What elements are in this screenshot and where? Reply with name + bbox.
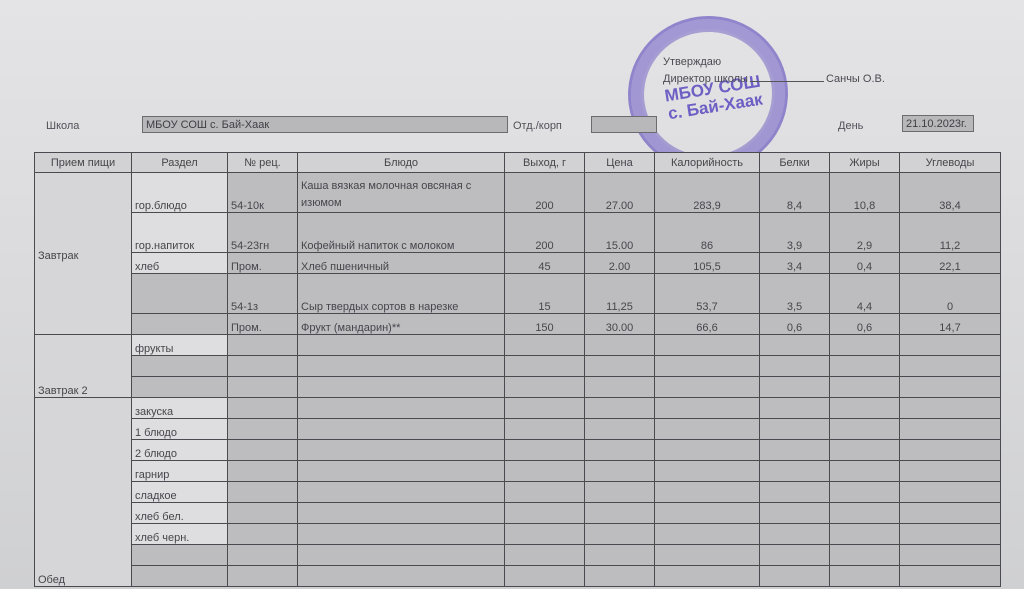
section-cell[interactable]: закуска [132,398,228,419]
protein-cell[interactable] [760,524,830,545]
recipe-cell[interactable] [228,566,298,587]
carbs-cell[interactable] [900,461,1001,482]
protein-cell[interactable]: 3,5 [760,274,830,314]
yield-cell[interactable]: 200 [505,173,585,213]
yield-cell[interactable] [505,524,585,545]
recipe-cell[interactable]: Пром. [228,253,298,274]
signature-line [750,71,824,82]
recipe-cell[interactable] [228,482,298,503]
protein-cell[interactable] [760,545,830,566]
column-header: Блюдо [298,153,505,173]
carbs-cell[interactable] [900,566,1001,587]
fat-cell[interactable] [830,545,900,566]
recipe-cell[interactable] [228,440,298,461]
fat-cell[interactable]: 4,4 [830,274,900,314]
column-header: Прием пищи [35,153,132,173]
protein-cell[interactable] [760,482,830,503]
dept-label: Отд./корп [513,120,562,132]
calories-cell[interactable] [655,461,760,482]
fat-cell[interactable]: 2,9 [830,213,900,253]
calories-cell[interactable]: 105,5 [655,253,760,274]
yield-cell[interactable]: 200 [505,213,585,253]
yield-cell[interactable] [505,377,585,398]
table-row: сладкое [35,482,1001,503]
dish-cell[interactable] [298,545,505,566]
calories-cell[interactable] [655,482,760,503]
recipe-cell[interactable]: 54-10к [228,173,298,213]
carbs-cell[interactable]: 38,4 [900,173,1001,213]
carbs-cell[interactable] [900,482,1001,503]
approval-block: Утверждаю Директор школыСанчы О.В. [663,54,885,88]
fat-cell[interactable] [830,398,900,419]
protein-cell[interactable]: 3,9 [760,213,830,253]
column-header: № рец. [228,153,298,173]
protein-cell[interactable]: 0,6 [760,314,830,335]
yield-cell[interactable] [505,398,585,419]
dish-cell[interactable] [298,440,505,461]
director-label: Директор школы [663,73,748,85]
column-header: Раздел [132,153,228,173]
dept-field[interactable] [591,116,657,133]
recipe-cell[interactable] [228,377,298,398]
meal-name: Завтрак 2 [35,335,132,398]
calories-cell[interactable]: 53,7 [655,274,760,314]
recipe-cell[interactable]: 54-1з [228,274,298,314]
section-cell[interactable] [132,356,228,377]
protein-cell[interactable] [760,419,830,440]
recipe-cell[interactable] [228,335,298,356]
carbs-cell[interactable] [900,524,1001,545]
carbs-cell[interactable]: 22,1 [900,253,1001,274]
table-row: 2 блюдо [35,440,1001,461]
section-cell[interactable]: гарнир [132,461,228,482]
price-cell[interactable] [585,461,655,482]
table-row: 54-1зСыр твердых сортов в нарезке1511,25… [35,274,1001,314]
calories-cell[interactable] [655,440,760,461]
yield-cell[interactable] [505,482,585,503]
section-cell[interactable]: хлеб бел. [132,503,228,524]
dish-cell[interactable]: Кофейный напиток с молоком [298,213,505,253]
carbs-cell[interactable] [900,503,1001,524]
calories-cell[interactable] [655,335,760,356]
protein-cell[interactable] [760,503,830,524]
protein-cell[interactable] [760,398,830,419]
price-cell[interactable] [585,335,655,356]
carbs-cell[interactable]: 0 [900,274,1001,314]
price-cell[interactable] [585,356,655,377]
table-row: гор.напиток54-23гнКофейный напиток с мол… [35,213,1001,253]
table-row [35,545,1001,566]
price-cell[interactable] [585,524,655,545]
recipe-cell[interactable]: 54-23гн [228,213,298,253]
column-header: Жиры [830,153,900,173]
section-cell[interactable]: 2 блюдо [132,440,228,461]
table-row: хлебПром.Хлеб пшеничный452.00105,53,40,4… [35,253,1001,274]
price-cell[interactable]: 2.00 [585,253,655,274]
section-cell[interactable] [132,566,228,587]
section-cell[interactable]: гор.напиток [132,213,228,253]
price-cell[interactable] [585,398,655,419]
dish-cell[interactable] [298,377,505,398]
dish-cell[interactable] [298,524,505,545]
yield-cell[interactable] [505,356,585,377]
dish-cell[interactable]: Каша вязкая молочная овсяная с изюмом [298,173,505,213]
fat-cell[interactable]: 10,8 [830,173,900,213]
calories-cell[interactable] [655,566,760,587]
table-row: Завтрак 2фрукты [35,335,1001,356]
recipe-cell[interactable] [228,545,298,566]
calories-cell[interactable] [655,524,760,545]
recipe-cell[interactable] [228,461,298,482]
day-label: День [838,120,863,132]
column-header: Выход, г [505,153,585,173]
fat-cell[interactable]: 0,6 [830,314,900,335]
dish-cell[interactable] [298,503,505,524]
table-header-row: Прием пищиРаздел№ рец.БлюдоВыход, гЦенаК… [35,153,1001,173]
calories-cell[interactable]: 66,6 [655,314,760,335]
fat-cell[interactable] [830,524,900,545]
protein-cell[interactable] [760,377,830,398]
yield-cell[interactable] [505,440,585,461]
dish-cell[interactable] [298,356,505,377]
section-cell[interactable] [132,545,228,566]
column-header: Углеводы [900,153,1001,173]
section-cell[interactable]: хлеб [132,253,228,274]
yield-cell[interactable] [505,566,585,587]
recipe-cell[interactable] [228,524,298,545]
section-cell[interactable]: гор.блюдо [132,173,228,213]
carbs-cell[interactable] [900,398,1001,419]
meal-name: Завтрак [35,173,132,335]
calories-cell[interactable] [655,398,760,419]
price-cell[interactable] [585,419,655,440]
section-cell[interactable]: фрукты [132,335,228,356]
fat-cell[interactable] [830,335,900,356]
table-row: хлеб черн. [35,524,1001,545]
price-cell[interactable] [585,545,655,566]
calories-cell[interactable] [655,377,760,398]
fat-cell[interactable]: 0,4 [830,253,900,274]
fat-cell[interactable] [830,482,900,503]
calories-cell[interactable]: 283,9 [655,173,760,213]
approval-signature-line: Директор школыСанчы О.В. [663,71,885,88]
calories-cell[interactable]: 86 [655,213,760,253]
meal-name: Обед [35,398,132,587]
fat-cell[interactable] [830,377,900,398]
carbs-cell[interactable] [900,356,1001,377]
protein-cell[interactable]: 8,4 [760,173,830,213]
carbs-cell[interactable] [900,440,1001,461]
protein-cell[interactable] [760,440,830,461]
fat-cell[interactable] [830,356,900,377]
carbs-cell[interactable]: 14,7 [900,314,1001,335]
yield-cell[interactable] [505,545,585,566]
section-cell[interactable]: сладкое [132,482,228,503]
yield-cell[interactable] [505,419,585,440]
section-cell[interactable] [132,377,228,398]
protein-cell[interactable] [760,566,830,587]
fat-cell[interactable] [830,461,900,482]
fat-cell[interactable] [830,419,900,440]
section-cell[interactable]: хлеб черн. [132,524,228,545]
table-row: 1 блюдо [35,419,1001,440]
dish-cell[interactable] [298,419,505,440]
dish-cell[interactable]: Сыр твердых сортов в нарезке [298,274,505,314]
table-row [35,356,1001,377]
column-header: Калорийность [655,153,760,173]
column-header: Белки [760,153,830,173]
recipe-cell[interactable] [228,503,298,524]
dish-cell[interactable] [298,461,505,482]
yield-cell[interactable]: 150 [505,314,585,335]
yield-cell[interactable]: 15 [505,274,585,314]
signer-name: Санчы О.В. [826,73,885,85]
table-row [35,377,1001,398]
carbs-cell[interactable] [900,419,1001,440]
fat-cell[interactable] [830,566,900,587]
recipe-cell[interactable] [228,419,298,440]
recipe-cell[interactable] [228,398,298,419]
calories-cell[interactable] [655,356,760,377]
school-field[interactable]: МБОУ СОШ с. Бай-Хаак [142,116,508,133]
column-header: Цена [585,153,655,173]
carbs-cell[interactable] [900,335,1001,356]
table-row: Пром.Фрукт (мандарин)**15030.0066,60,60,… [35,314,1001,335]
price-cell[interactable]: 30.00 [585,314,655,335]
protein-cell[interactable] [760,356,830,377]
day-field[interactable]: 21.10.2023г. [902,115,974,132]
price-cell[interactable]: 11,25 [585,274,655,314]
carbs-cell[interactable]: 11,2 [900,213,1001,253]
approval-title: Утверждаю [663,54,885,71]
price-cell[interactable] [585,503,655,524]
protein-cell[interactable]: 3,4 [760,253,830,274]
table-row: Обедзакуска [35,398,1001,419]
dish-cell[interactable] [298,335,505,356]
yield-cell[interactable]: 45 [505,253,585,274]
section-cell[interactable]: 1 блюдо [132,419,228,440]
yield-cell[interactable] [505,461,585,482]
yield-cell[interactable] [505,503,585,524]
table-row: гарнир [35,461,1001,482]
table-row: Завтракгор.блюдо54-10кКаша вязкая молочн… [35,173,1001,213]
price-cell[interactable]: 15.00 [585,213,655,253]
protein-cell[interactable] [760,335,830,356]
table-row [35,566,1001,587]
menu-table: Прием пищиРаздел№ рец.БлюдоВыход, гЦенаК… [34,152,1001,587]
price-cell[interactable]: 27.00 [585,173,655,213]
section-cell[interactable] [132,314,228,335]
dish-cell[interactable] [298,482,505,503]
calories-cell[interactable] [655,545,760,566]
dish-cell[interactable] [298,566,505,587]
recipe-cell[interactable] [228,356,298,377]
price-cell[interactable] [585,482,655,503]
table-row: хлеб бел. [35,503,1001,524]
price-cell[interactable] [585,566,655,587]
section-cell[interactable] [132,274,228,314]
fat-cell[interactable] [830,440,900,461]
fat-cell[interactable] [830,503,900,524]
calories-cell[interactable] [655,419,760,440]
calories-cell[interactable] [655,503,760,524]
dish-cell[interactable]: Фрукт (мандарин)** [298,314,505,335]
price-cell[interactable] [585,440,655,461]
dish-cell[interactable] [298,398,505,419]
school-label: Школа [46,120,79,132]
carbs-cell[interactable] [900,545,1001,566]
carbs-cell[interactable] [900,377,1001,398]
dish-cell[interactable]: Хлеб пшеничный [298,253,505,274]
recipe-cell[interactable]: Пром. [228,314,298,335]
yield-cell[interactable] [505,335,585,356]
price-cell[interactable] [585,377,655,398]
protein-cell[interactable] [760,461,830,482]
